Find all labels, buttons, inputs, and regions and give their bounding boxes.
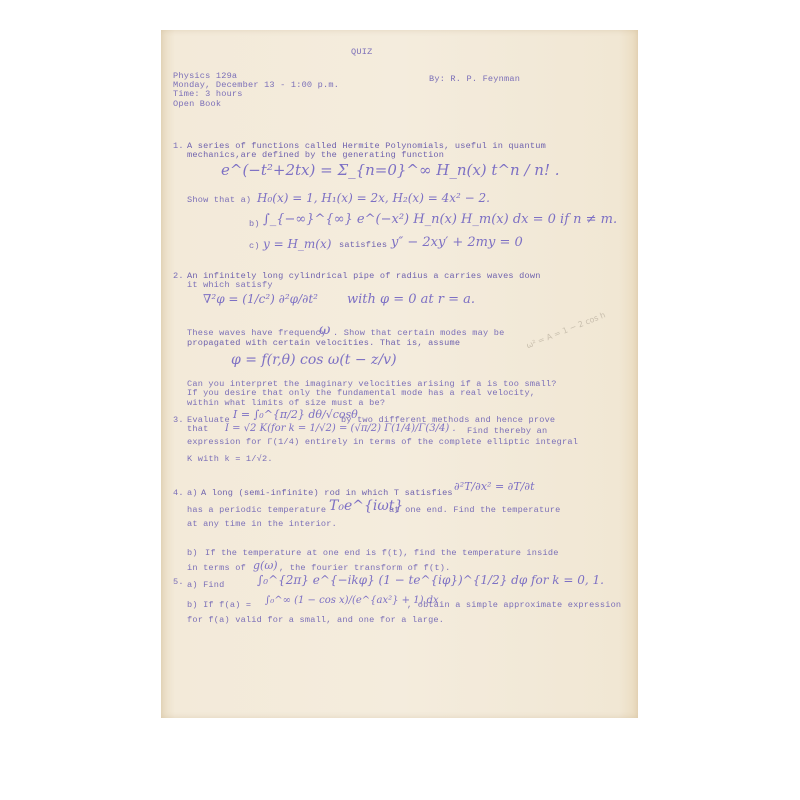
q5-part-a-expression: ∫₀^{2π} e^{−ikφ} (1 − te^{iφ})^{1/2} dφ … <box>257 573 604 587</box>
q4-number: 4. <box>173 488 184 498</box>
q5-part-b-label: b) If f(a) = <box>187 600 251 610</box>
q2-omega: ω <box>319 322 330 338</box>
q2-wave-equation: ∇²φ = (1/c²) ∂²φ/∂t² <box>203 292 318 306</box>
q3-integral: I = ∫₀^{π/2} dθ/√cosθ <box>233 408 358 421</box>
q1-part-b-label: b) <box>249 219 260 229</box>
q1-part-b: ∫_{−∞}^{∞} e^(−x²) H_n(x) H_m(x) dx = 0 … <box>263 212 617 227</box>
q2-line6: If you desire that only the fundamental … <box>187 388 535 398</box>
quiz-title: QUIZ <box>351 47 372 57</box>
q3-number: 3. <box>173 415 184 425</box>
q1-part-c-lhs: y = H_m(x) <box>263 237 331 251</box>
exam-author: By: R. P. Feynman <box>429 74 520 84</box>
q2-boundary-condition: with φ = 0 at r = a. <box>347 292 475 307</box>
q1-generating-function: e^(−t²+2tx) = Σ_{n=0}^∞ H_n(x) t^n / n! … <box>221 161 560 179</box>
q1-part-c-rhs: y″ − 2xy′ + 2my = 0 <box>391 235 523 250</box>
q2-line7: within what limits of size must a be? <box>187 398 385 408</box>
q5-part-b-line2: for f(a) valid for a small, and one for … <box>187 615 444 625</box>
q4-part-b-line1: If the temperature at one end is f(t), f… <box>205 548 559 558</box>
q4-part-b-label: b) <box>187 548 198 558</box>
q2-number: 2. <box>173 271 184 281</box>
pencil-annotation: ω² = A = 1 − 2 cos h <box>525 310 607 350</box>
q5-part-b-rest: , obtain a simple approximate expression <box>407 600 621 610</box>
q4-g-omega: g(ω) <box>253 559 278 572</box>
q3-line2-rest: Find thereby an <box>467 426 547 436</box>
q2-line2: it which satisfy <box>187 280 273 290</box>
q4-part-b-line2a: in terms of <box>187 563 246 573</box>
q4-part-a-line1: A long (semi-infinite) rod in which T sa… <box>201 488 453 498</box>
q1-number: 1. <box>173 141 184 151</box>
q2-line3b: . Show that certain modes may be <box>333 328 504 338</box>
q2-line4: propagated with certain velocities. That… <box>187 338 460 348</box>
q4-part-a-label: a) <box>187 488 198 498</box>
q4-heat-equation: ∂²T/∂x² = ∂T/∂t <box>454 480 535 493</box>
quiz-page: QUIZ Physics 129a Monday, December 13 - … <box>161 30 638 718</box>
q3-that: that <box>187 424 208 434</box>
q1-part-c-label: c) <box>249 241 260 251</box>
q3-line4: K with k = 1/√2. <box>187 454 273 464</box>
q4-part-b-line2b: , the fourier transform of f(t). <box>279 563 450 573</box>
q5-part-a-label: a) Find <box>187 580 225 590</box>
q2-line3a: These waves have frequency <box>187 328 326 338</box>
q1-show-that: Show that a) <box>187 195 251 205</box>
exam-duration: Time: 3 hours <box>173 89 243 99</box>
q3-identity: I = √2 K(for k = 1/√2) = (√π/2) Γ(1/4)/Γ… <box>225 423 456 434</box>
q4-part-a-line2a: has a periodic temperature <box>187 505 326 515</box>
q1-line2: mechanics,are defined by the generating … <box>187 150 444 160</box>
q3-line3: expression for Γ(1/4) entirely in terms … <box>187 437 578 447</box>
q5-number: 5. <box>173 577 184 587</box>
q4-part-a-line2b: at one end. Find the temperature <box>389 505 560 515</box>
q1-part-a: H₀(x) = 1, H₁(x) = 2x, H₂(x) = 4x² − 2. <box>257 191 490 205</box>
q2-assumed-form: φ = f(r,θ) cos ω(t − z/v) <box>231 352 397 368</box>
q1-part-c-satisfies: satisfies <box>339 240 387 250</box>
exam-book-policy: Open Book <box>173 99 221 109</box>
q4-part-a-line3: at any time in the interior. <box>187 519 337 529</box>
